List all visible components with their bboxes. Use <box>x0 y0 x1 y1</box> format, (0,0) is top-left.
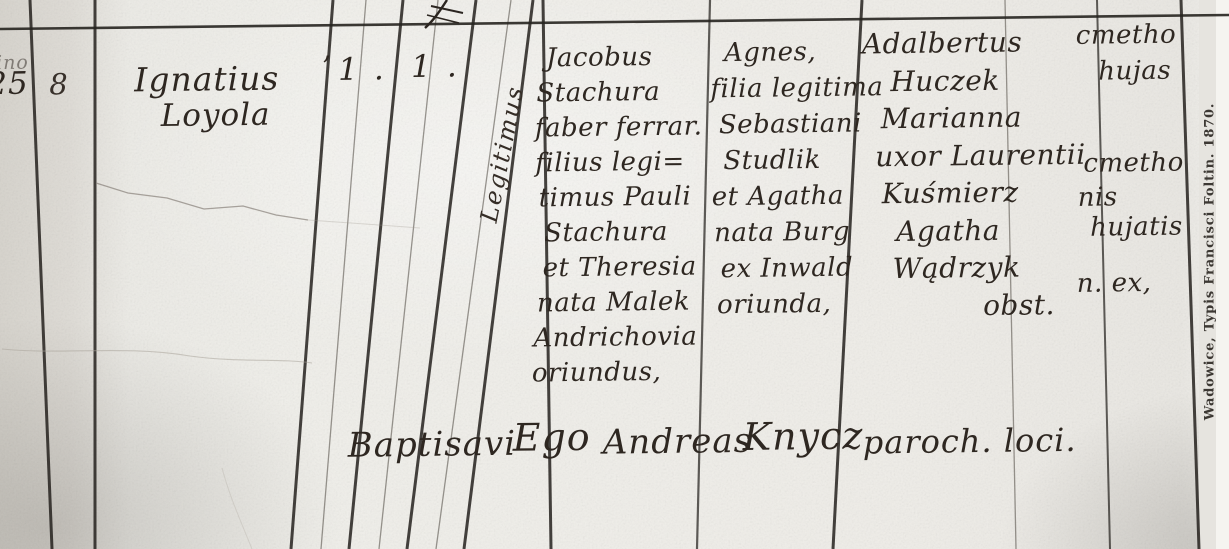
mother-line: oriunda, <box>717 285 886 323</box>
mother-column-text: Agnes, filia legitima Sebastiani Studlik… <box>710 33 886 323</box>
mother-line: et Agatha <box>712 177 885 215</box>
tick-mark: ’ <box>322 50 332 83</box>
father-line: timus Pauli <box>539 179 704 216</box>
baptized-name-second: Loyola <box>160 97 270 134</box>
baptized-name-first: Ignatius <box>134 59 280 100</box>
father-line: nata Malek <box>537 284 705 321</box>
father-line: Stachura <box>544 214 704 251</box>
printer-colophon: Wadowice, Typis Francisci Foltin. 1870. <box>1203 92 1218 432</box>
godparent-line: Agatha <box>896 210 1087 250</box>
religion-tally-mark: 1. <box>338 51 400 88</box>
mother-line: ex Inwald <box>720 249 885 287</box>
father-line: filius legi= <box>535 144 703 181</box>
godparents-column-text: Adalbertus Huczek Marianna uxor Laurenti… <box>862 23 1088 326</box>
priest-signature: Knycz <box>742 413 863 458</box>
house-number: 8 <box>49 67 69 101</box>
mother-line: filia legitima <box>710 69 883 107</box>
father-line: Andrichovia <box>533 319 705 356</box>
father-line: oriundus, <box>532 354 706 391</box>
status-line: cmetho <box>1076 20 1177 51</box>
father-line: Jacobus <box>546 39 702 76</box>
baptism-word: Ego <box>512 415 590 460</box>
godparent-line: Kuśmierz <box>881 173 1086 213</box>
godparent-line: Adalbertus <box>862 23 1085 63</box>
status-line: hujas <box>1098 56 1171 87</box>
godparent-line: Wądrzyk <box>892 248 1087 288</box>
status-line: hujatis <box>1090 212 1183 243</box>
legitimacy-label: Legitimus <box>470 58 535 250</box>
godparent-line: Huczek <box>890 60 1085 100</box>
baptism-word: Baptisavi <box>348 424 517 466</box>
mother-line: Studlik <box>723 141 884 179</box>
mother-line: Agnes, <box>724 33 883 71</box>
godparent-line: uxor Laurentii <box>875 135 1086 175</box>
father-column-text: Jacobus Stachura faber ferrar. filius le… <box>534 39 706 391</box>
father-line: Stachura <box>536 74 702 111</box>
status-line: cmetho <box>1083 148 1184 179</box>
sex-tally-mark: 1. <box>411 48 473 85</box>
mother-line: nata Burg <box>714 213 885 251</box>
father-line: et Theresia <box>542 249 704 286</box>
godparent-line: Marianna <box>881 98 1086 138</box>
baptism-word: Andreas <box>602 421 752 463</box>
entry-day-number: 25 <box>0 66 29 103</box>
mother-line: Sebastiani <box>719 105 884 143</box>
baptism-word: paroch. loci. <box>863 421 1077 462</box>
father-line: faber ferrar. <box>535 109 703 146</box>
midwife-abbreviation: obst. <box>983 285 1088 324</box>
status-line: n. ex, <box>1077 268 1152 299</box>
status-line: nis <box>1078 182 1118 212</box>
handwritten-entry: ino 25 8 Ignatius Loyola ’ 1. 1. Legitim… <box>0 0 1229 549</box>
scanned-register-page: ino 25 8 Ignatius Loyola ’ 1. 1. Legitim… <box>0 0 1229 549</box>
